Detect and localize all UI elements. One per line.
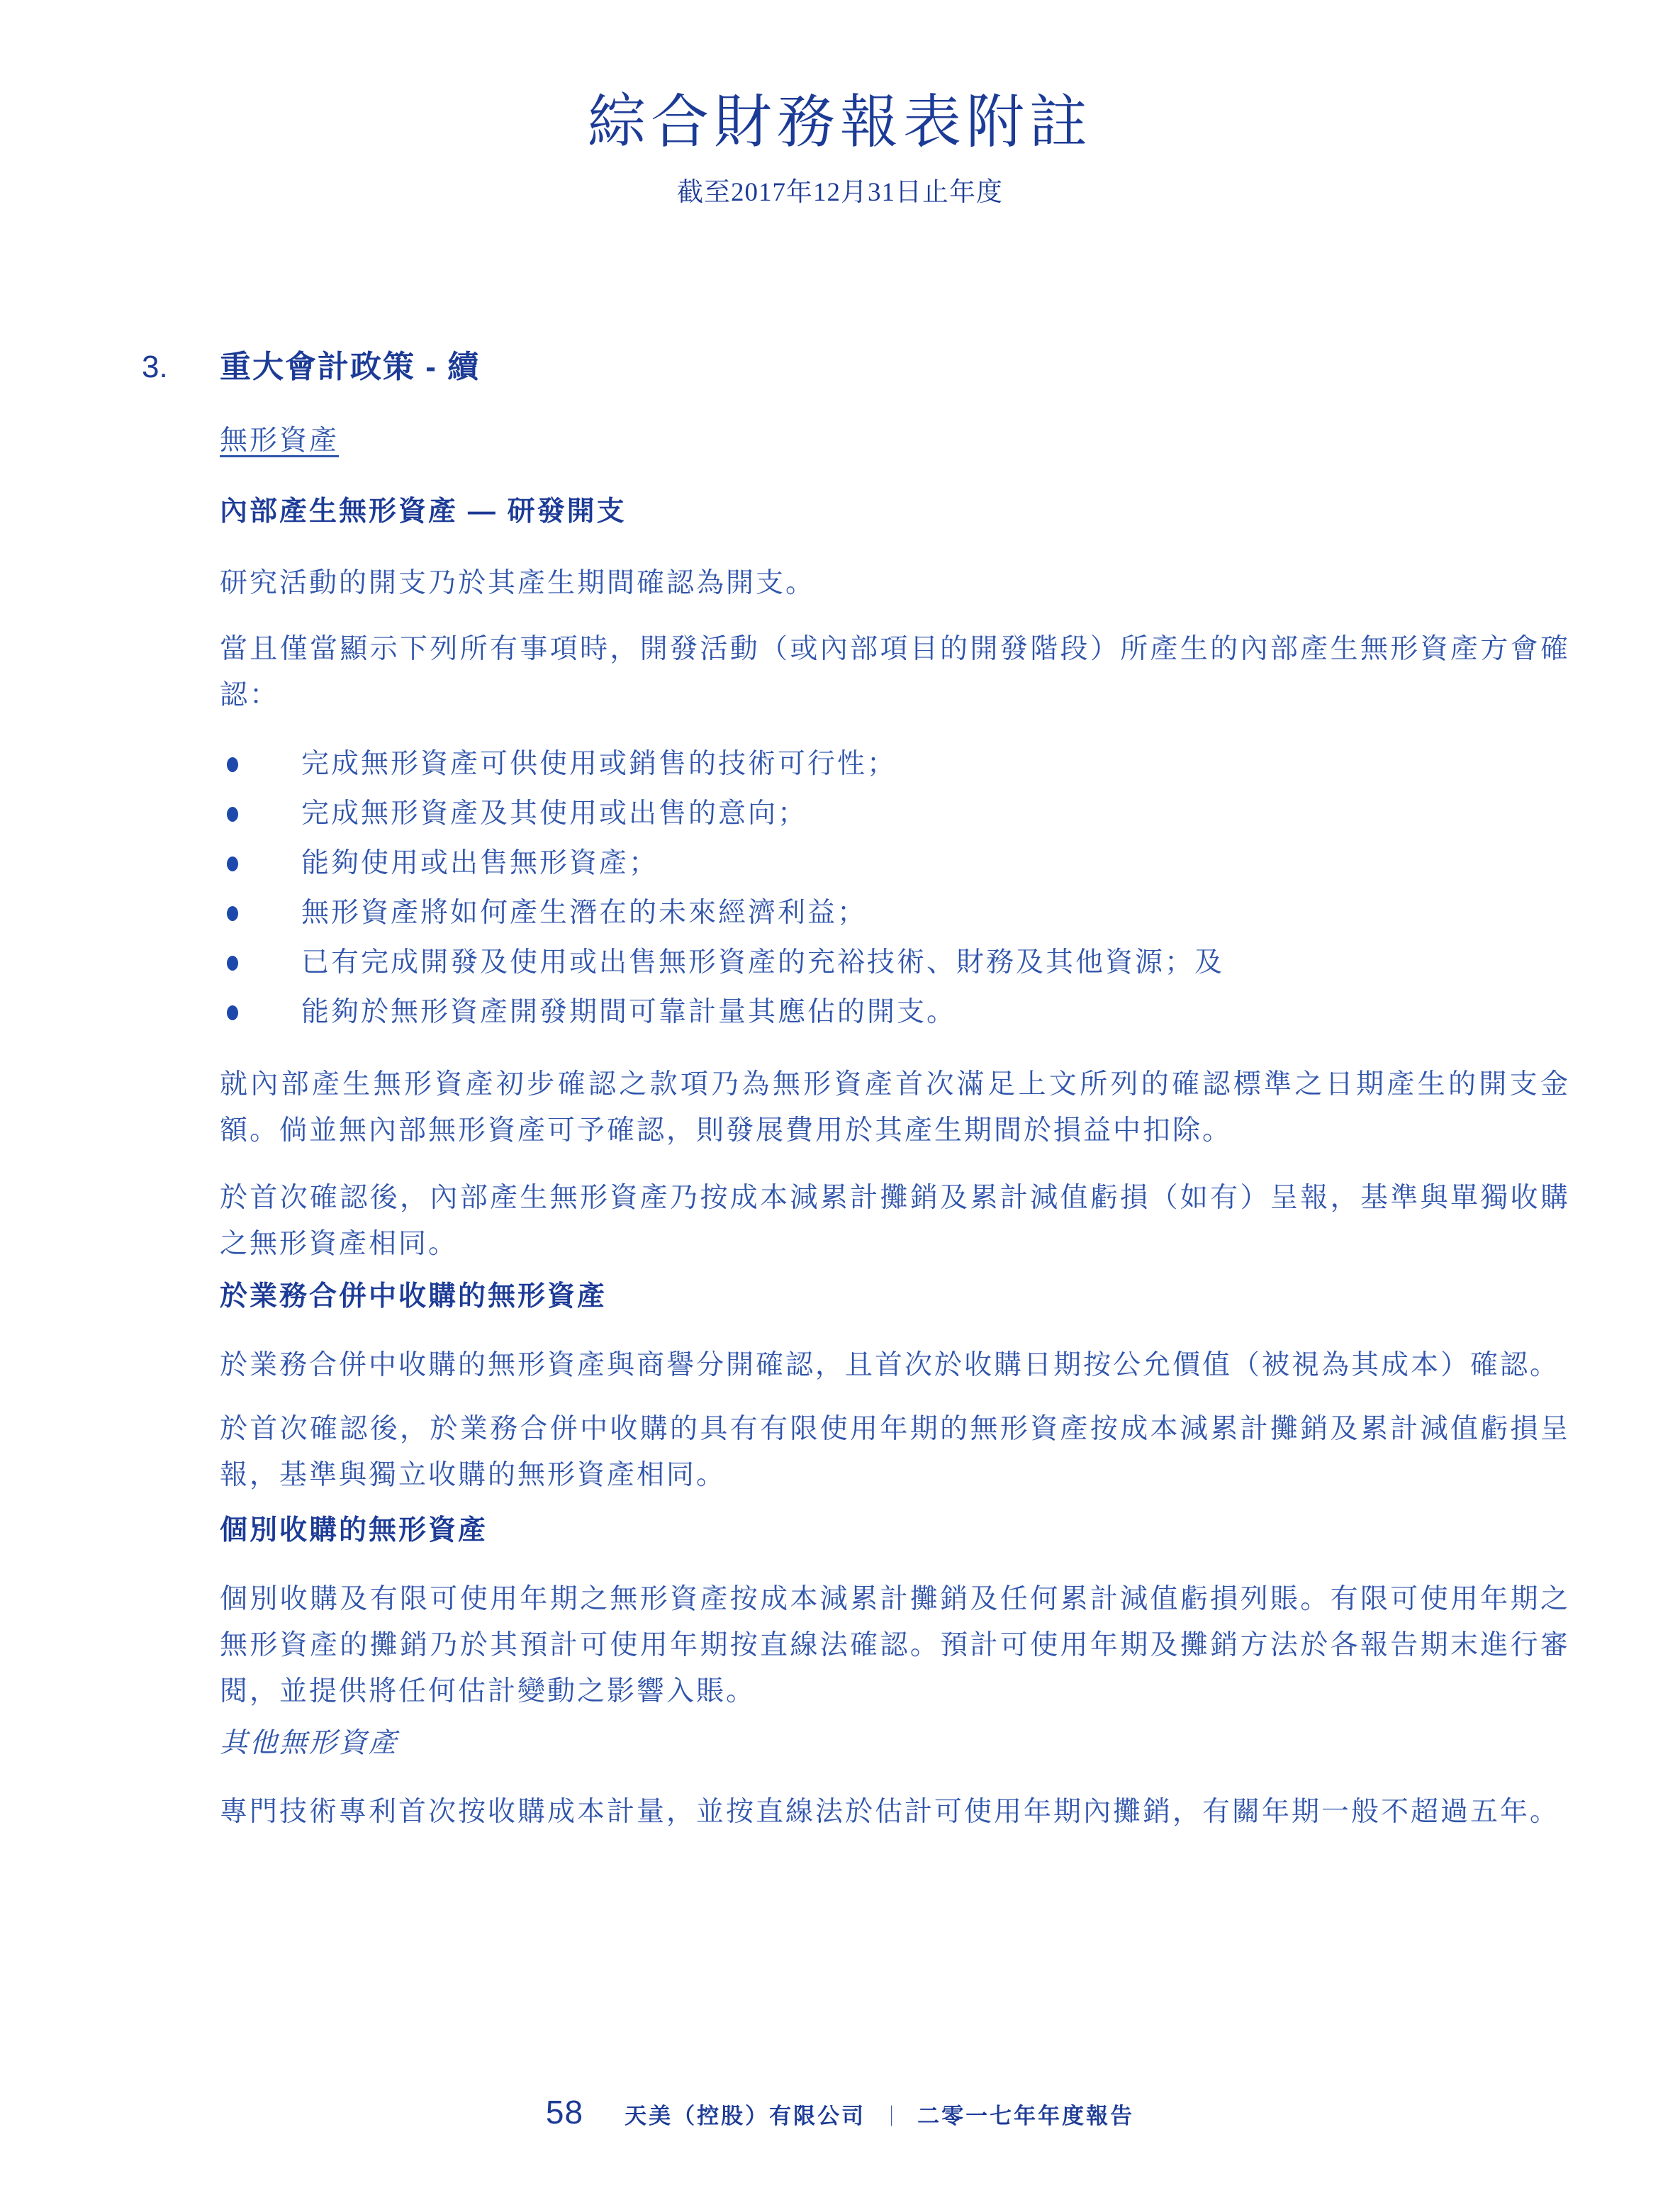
bullet-icon bbox=[227, 856, 238, 871]
page-subtitle: 截至2017年12月31日止年度 bbox=[0, 177, 1680, 208]
paragraph-combo-subsequent: 於首次確認後，於業務合併中收購的具有有限使用年期的無形資產按成本減累計攤銷及累計… bbox=[220, 1406, 1570, 1498]
list-item: 能夠於無形資產開發期間可靠計量其應佔的開支。 bbox=[220, 988, 1570, 1037]
section-number: 3. bbox=[142, 347, 168, 387]
paragraph-conditions: 當且僅當顯示下列所有事項時，開發活動（或內部項目的開發階段）所產生的內部產生無形… bbox=[220, 626, 1570, 718]
list-item: 無形資產將如何產生潛在的未來經濟利益； bbox=[220, 888, 1570, 938]
section-heading: 3. 重大會計政策 - 續 bbox=[220, 347, 1570, 387]
document-page: 綜合財務報表附註 截至2017年12月31日止年度 3. 重大會計政策 - 續 … bbox=[0, 0, 1680, 2188]
bullet-text: 完成無形資產及其使用或出售的意向； bbox=[301, 798, 807, 829]
page-number: 58 bbox=[546, 2093, 583, 2131]
bullet-icon bbox=[227, 807, 238, 822]
bullet-icon bbox=[227, 1005, 238, 1020]
bullet-icon bbox=[227, 906, 238, 921]
paragraph-other-intangible: 專門技術專利首次按收購成本計量，並按直線法於估計可使用年期內攤銷，有關年期一般不… bbox=[220, 1789, 1570, 1835]
bullet-icon bbox=[227, 757, 238, 772]
footer-report-title: 二零一七年年度報告 bbox=[917, 2098, 1134, 2130]
bullet-text: 能夠使用或出售無形資產； bbox=[301, 848, 659, 878]
bullet-list: 完成無形資產可供使用或銷售的技術可行性； 完成無形資產及其使用或出售的意向； 能… bbox=[220, 739, 1570, 1037]
paragraph-combo-recognition: 於業務合併中收購的無形資產與商譽分開確認，且首次於收購日期按公允價值（被視為其成… bbox=[220, 1342, 1570, 1388]
paragraph-separately-acquired: 個別收購及有限可使用年期之無形資產按成本減累計攤銷及任何累計減值虧損列賬。有限可… bbox=[220, 1576, 1570, 1714]
section-title: 重大會計政策 - 續 bbox=[220, 350, 480, 384]
page-title: 綜合財務報表附註 bbox=[0, 84, 1680, 162]
subheading-other-intangible: 其他無形資產 bbox=[220, 1725, 1570, 1762]
paragraph-subsequent: 於首次確認後，內部產生無形資產乃按成本減累計攤銷及累計減值虧損（如有）呈報，基準… bbox=[220, 1175, 1570, 1267]
bullet-text: 能夠於無形資產開發期間可靠計量其應佔的開支。 bbox=[301, 997, 956, 1027]
bullet-text: 已有完成開發及使用或出售無形資產的充裕技術、財務及其他資源；及 bbox=[301, 947, 1224, 978]
subheading-separately-acquired: 個別收購的無形資產 bbox=[220, 1512, 1570, 1549]
list-item: 已有完成開發及使用或出售無形資產的充裕技術、財務及其他資源；及 bbox=[220, 938, 1570, 988]
footer-company-name: 天美（控股）有限公司 bbox=[625, 2098, 866, 2130]
paragraph-research: 研究活動的開支乃於其產生期間確認為開支。 bbox=[220, 560, 1570, 606]
bullet-text: 完成無形資產可供使用或銷售的技術可行性； bbox=[301, 749, 897, 779]
bullet-text: 無形資產將如何產生潛在的未來經濟利益； bbox=[301, 898, 867, 928]
list-item: 完成無形資產及其使用或出售的意向； bbox=[220, 789, 1570, 839]
list-item: 能夠使用或出售無形資產； bbox=[220, 839, 1570, 888]
page-footer: 58 天美（控股）有限公司 ｜ 二零一七年年度報告 bbox=[0, 2093, 1680, 2131]
bullet-icon bbox=[227, 956, 238, 971]
footer-separator: ｜ bbox=[881, 2101, 902, 2130]
paragraph-initial-recognition: 就內部產生無形資產初步確認之款項乃為無形資產首次滿足上文所列的確認標準之日期產生… bbox=[220, 1061, 1570, 1154]
subheading-business-combination: 於業務合併中收購的無形資產 bbox=[220, 1278, 1570, 1315]
subheading-internally-generated: 內部產生無形資產 — 研發開支 bbox=[220, 493, 1570, 530]
list-item: 完成無形資產可供使用或銷售的技術可行性； bbox=[220, 739, 1570, 789]
body-column: 3. 重大會計政策 - 續 無形資產 內部產生無形資產 — 研發開支 研究活動的… bbox=[220, 347, 1570, 1835]
subheading-intangible-assets: 無形資產 bbox=[220, 423, 1570, 459]
